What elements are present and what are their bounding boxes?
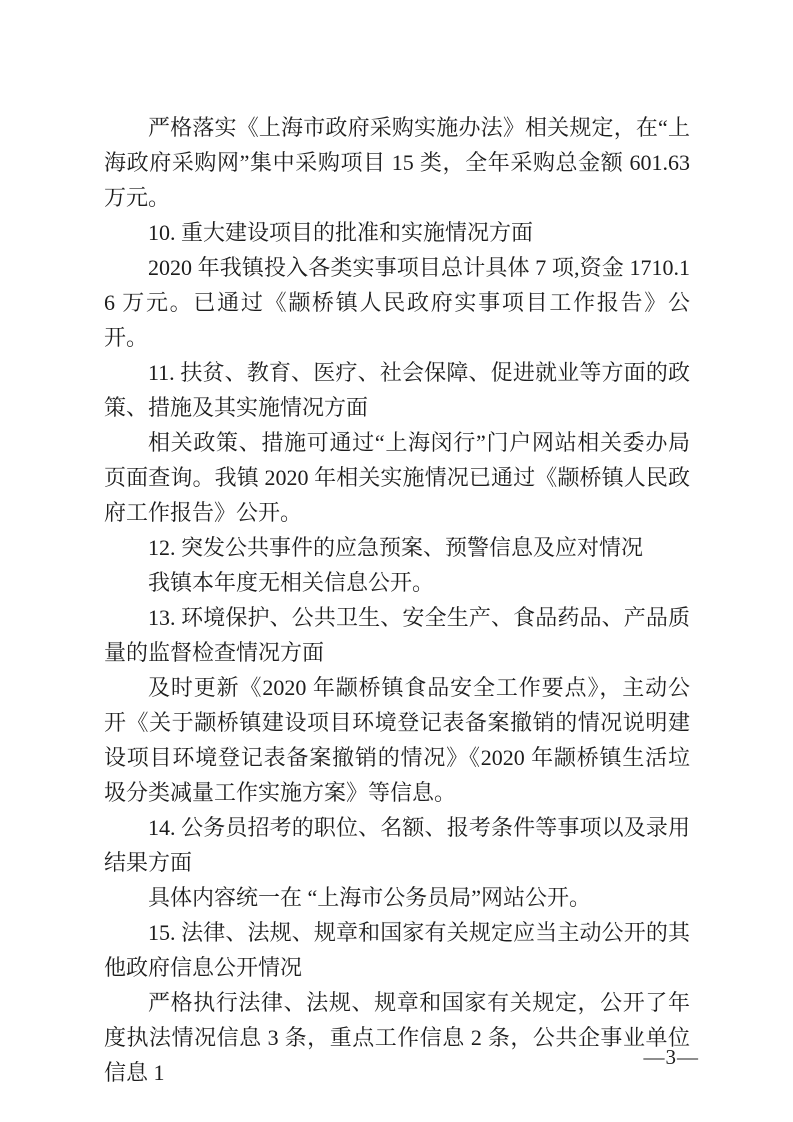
paragraph-item-12-body: 我镇本年度无相关信息公开。 xyxy=(104,565,690,600)
paragraph-item-13-body: 及时更新《2020 年颛桥镇食品安全工作要点》，主动公开《关于颛桥镇建设项目环境… xyxy=(104,670,690,810)
heading-item-14: 14. 公务员招考的职位、名额、报考条件等事项以及录用结果方面 xyxy=(104,810,690,880)
heading-item-15: 15. 法律、法规、规章和国家有关规定应当主动公开的其他政府信息公开情况 xyxy=(104,915,690,985)
page-number: —3— xyxy=(644,1045,700,1070)
document-body: 严格落实《上海市政府采购实施办法》相关规定，在“上海政府采购网”集中采购项目 1… xyxy=(104,110,690,1090)
paragraph-item-14-body: 具体内容统一在 “上海市公务员局”网站公开。 xyxy=(104,880,690,915)
paragraph-procurement: 严格落实《上海市政府采购实施办法》相关规定，在“上海政府采购网”集中采购项目 1… xyxy=(104,110,690,215)
heading-item-12: 12. 突发公共事件的应急预案、预警信息及应对情况 xyxy=(104,530,690,565)
heading-item-13: 13. 环境保护、公共卫生、安全生产、食品药品、产品质量的监督检查情况方面 xyxy=(104,600,690,670)
heading-item-10: 10. 重大建设项目的批准和实施情况方面 xyxy=(104,215,690,250)
document-page: 严格落实《上海市政府采购实施办法》相关规定，在“上海政府采购网”集中采购项目 1… xyxy=(0,0,793,1122)
paragraph-item-15-body: 严格执行法律、法规、规章和国家有关规定，公开了年度执法情况信息 3 条，重点工作… xyxy=(104,985,690,1090)
heading-item-11: 11. 扶贫、教育、医疗、社会保障、促进就业等方面的政策、措施及其实施情况方面 xyxy=(104,355,690,425)
paragraph-item-11-body: 相关政策、措施可通过“上海闵行”门户网站相关委办局页面查询。我镇 2020 年相… xyxy=(104,425,690,530)
paragraph-item-10-body: 2020 年我镇投入各类实事项目总计具体 7 项,资金 1710.16 万元。已… xyxy=(104,250,690,355)
